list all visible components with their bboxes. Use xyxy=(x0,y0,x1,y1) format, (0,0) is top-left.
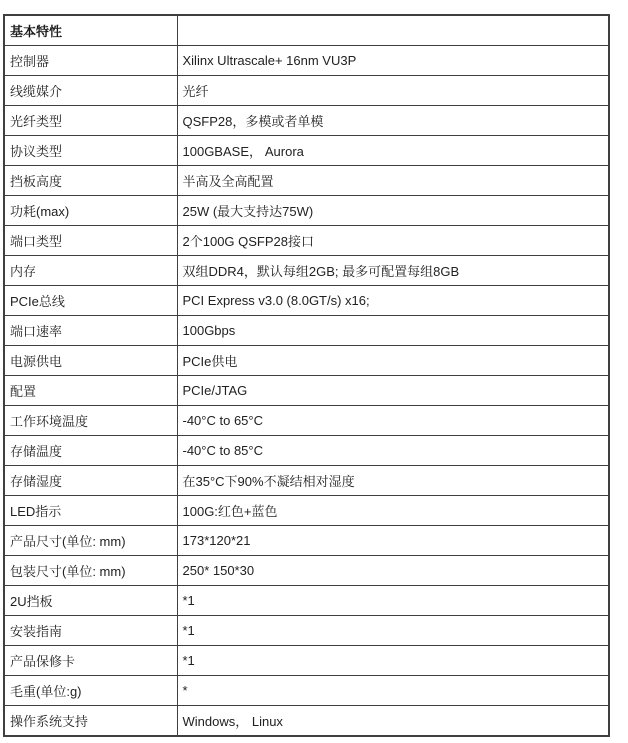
table-row: 挡板高度半高及全高配置 xyxy=(4,166,609,196)
spec-label-cell: 端口速率 xyxy=(4,316,177,346)
spec-label-cell: 2U挡板 xyxy=(4,586,177,616)
spec-label-cell: 工作环境温度 xyxy=(4,406,177,436)
table-row: LED指示100G:红色+蓝色 xyxy=(4,496,609,526)
table-row: 功耗(max)25W (最大支持达75W) xyxy=(4,196,609,226)
spec-label-cell: 协议类型 xyxy=(4,136,177,166)
spec-label-cell: 线缆媒介 xyxy=(4,76,177,106)
spec-label-cell: 产品保修卡 xyxy=(4,646,177,676)
table-row: 存储温度-40°C to 85°C xyxy=(4,436,609,466)
spec-value-cell: 光纤 xyxy=(177,76,609,106)
spec-value-cell: PCIe/JTAG xyxy=(177,376,609,406)
spec-value-cell: PCIe供电 xyxy=(177,346,609,376)
spec-label-cell: 端口类型 xyxy=(4,226,177,256)
table-row: 包装尺寸(单位: mm)250* 150*30 xyxy=(4,556,609,586)
table-row: 安装指南*1 xyxy=(4,616,609,646)
table-row: 2U挡板*1 xyxy=(4,586,609,616)
table-row: 产品保修卡*1 xyxy=(4,646,609,676)
spec-value-cell: 100GBASE， Aurora xyxy=(177,136,609,166)
spec-label-cell: 内存 xyxy=(4,256,177,286)
spec-value-cell: 双组DDR4，默认每组2GB; 最多可配置每组8GB xyxy=(177,256,609,286)
spec-value-cell: 25W (最大支持达75W) xyxy=(177,196,609,226)
spec-value-cell: QSFP28，多模或者单模 xyxy=(177,106,609,136)
product-spec-table: 基本特性 控制器Xilinx Ultrascale+ 16nm VU3P线缆媒介… xyxy=(3,14,610,737)
spec-section-title-value xyxy=(177,15,609,46)
spec-value-cell: * xyxy=(177,676,609,706)
spec-section-title: 基本特性 xyxy=(4,15,177,46)
spec-label-cell: 光纤类型 xyxy=(4,106,177,136)
spec-label-cell: 电源供电 xyxy=(4,346,177,376)
spec-label-cell: 产品尺寸(单位: mm) xyxy=(4,526,177,556)
table-row: 产品尺寸(单位: mm)173*120*21 xyxy=(4,526,609,556)
table-row: 控制器Xilinx Ultrascale+ 16nm VU3P xyxy=(4,46,609,76)
table-row: 电源供电PCIe供电 xyxy=(4,346,609,376)
spec-value-cell: PCI Express v3.0 (8.0GT/s) x16; xyxy=(177,286,609,316)
table-row: 线缆媒介光纤 xyxy=(4,76,609,106)
table-row: 配置PCIe/JTAG xyxy=(4,376,609,406)
table-row: PCIe总线PCI Express v3.0 (8.0GT/s) x16; xyxy=(4,286,609,316)
spec-label-cell: 操作系统支持 xyxy=(4,706,177,737)
table-row: 内存双组DDR4，默认每组2GB; 最多可配置每组8GB xyxy=(4,256,609,286)
spec-value-cell: *1 xyxy=(177,646,609,676)
spec-label-cell: LED指示 xyxy=(4,496,177,526)
spec-value-cell: -40°C to 85°C xyxy=(177,436,609,466)
spec-value-cell: 在35°C下90%不凝结相对湿度 xyxy=(177,466,609,496)
spec-label-cell: PCIe总线 xyxy=(4,286,177,316)
spec-table-body: 基本特性 控制器Xilinx Ultrascale+ 16nm VU3P线缆媒介… xyxy=(4,15,609,736)
table-row: 光纤类型QSFP28，多模或者单模 xyxy=(4,106,609,136)
spec-value-cell: 2个100G QSFP28接口 xyxy=(177,226,609,256)
spec-value-cell: -40°C to 65°C xyxy=(177,406,609,436)
spec-label-cell: 存储温度 xyxy=(4,436,177,466)
spec-label-cell: 包装尺寸(单位: mm) xyxy=(4,556,177,586)
spec-value-cell: Xilinx Ultrascale+ 16nm VU3P xyxy=(177,46,609,76)
table-row: 存储湿度在35°C下90%不凝结相对湿度 xyxy=(4,466,609,496)
spec-label-cell: 安装指南 xyxy=(4,616,177,646)
spec-label-cell: 控制器 xyxy=(4,46,177,76)
spec-label-cell: 挡板高度 xyxy=(4,166,177,196)
spec-value-cell: *1 xyxy=(177,586,609,616)
spec-sheet-page: 基本特性 控制器Xilinx Ultrascale+ 16nm VU3P线缆媒介… xyxy=(0,0,628,743)
spec-label-cell: 毛重(单位:g) xyxy=(4,676,177,706)
spec-value-cell: *1 xyxy=(177,616,609,646)
spec-value-cell: 100G:红色+蓝色 xyxy=(177,496,609,526)
table-row: 端口类型2个100G QSFP28接口 xyxy=(4,226,609,256)
table-row: 协议类型100GBASE， Aurora xyxy=(4,136,609,166)
table-row: 端口速率100Gbps xyxy=(4,316,609,346)
table-row: 毛重(单位:g)* xyxy=(4,676,609,706)
table-header-row: 基本特性 xyxy=(4,15,609,46)
spec-value-cell: Windows， Linux xyxy=(177,706,609,737)
spec-value-cell: 173*120*21 xyxy=(177,526,609,556)
table-row: 操作系统支持Windows， Linux xyxy=(4,706,609,737)
spec-value-cell: 半高及全高配置 xyxy=(177,166,609,196)
spec-value-cell: 250* 150*30 xyxy=(177,556,609,586)
spec-label-cell: 配置 xyxy=(4,376,177,406)
spec-value-cell: 100Gbps xyxy=(177,316,609,346)
table-row: 工作环境温度-40°C to 65°C xyxy=(4,406,609,436)
spec-label-cell: 存储湿度 xyxy=(4,466,177,496)
spec-label-cell: 功耗(max) xyxy=(4,196,177,226)
